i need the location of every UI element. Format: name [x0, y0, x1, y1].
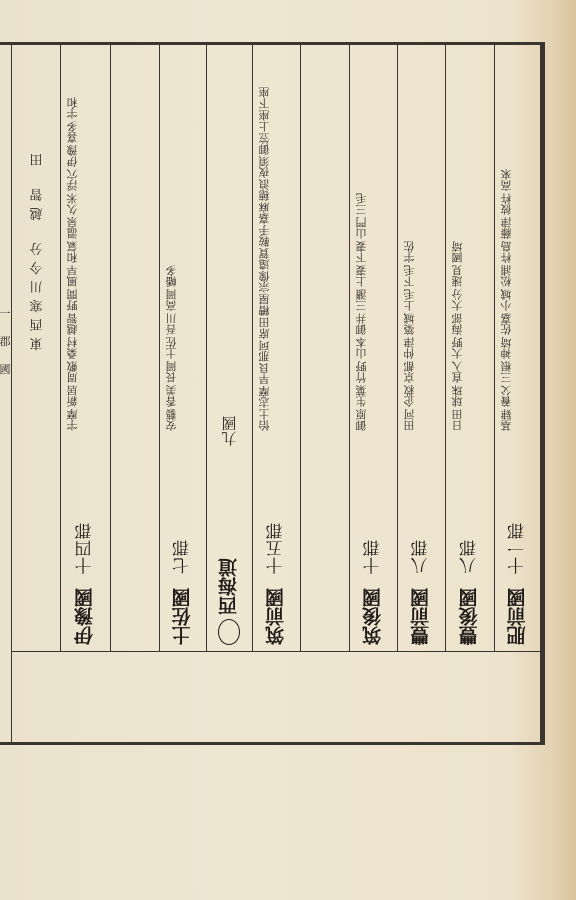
district-name: 安藝 — [164, 409, 180, 431]
district-name: 香美 — [164, 385, 180, 407]
district-name: 杵島 — [499, 241, 515, 263]
district-name: 高岡 — [164, 289, 180, 311]
district-name: 高來 — [499, 169, 515, 191]
district-name: 桑村 — [65, 337, 81, 359]
district-count: 八郡 — [411, 540, 433, 574]
district-name: 和氣 — [65, 241, 81, 263]
district-name: 志摩 — [257, 386, 273, 408]
province-name: 伊豫國 — [75, 588, 96, 645]
district-name: 御原 — [354, 409, 370, 431]
district-name: 速見 — [450, 265, 466, 287]
district-list: 宇摩 新居 周敷 桑村 越智 野間 風早 和氣 溫泉 久米 浮穴 伊豫 喜多 宇… — [61, 50, 110, 431]
district-name: 企救 — [402, 385, 418, 407]
district-name: 鞍手 — [257, 225, 273, 247]
district-name: 藤津 — [499, 217, 515, 239]
district-name: 松浦 — [499, 265, 515, 287]
district-name: 三毛 — [354, 193, 370, 215]
district-count: 七郡 — [172, 540, 194, 574]
district-name: 竹野 — [354, 361, 370, 383]
district-name: 下座 — [257, 87, 273, 109]
district-name: 遠賀 — [257, 248, 273, 270]
district-list: 日田 球珠 直入 大野 海部 大分 速見 國埼 — [446, 50, 494, 431]
district-name: 那珂 — [257, 340, 273, 362]
district-name: 野間 — [65, 289, 81, 311]
district-name: 久米 — [65, 193, 81, 215]
district-name: 彼杵 — [499, 193, 515, 215]
district-name: 宇和 — [65, 97, 81, 119]
district-name: 怡土 — [257, 409, 273, 431]
district-name: 佐嘉 — [499, 313, 515, 335]
province-column-chikugo: 筑後國 十郡 御原 生葉 竹野 山本 御井 三潴 上妻 下妻 山門 三毛 — [350, 44, 397, 651]
district-count: 十四郡 — [75, 523, 97, 574]
district-name: 溫泉 — [65, 217, 81, 239]
district-name: 上妻 — [354, 265, 370, 287]
province-name: 筑後國 — [363, 588, 384, 645]
district-name: 浮穴 — [65, 169, 81, 191]
district-name: 席田 — [257, 317, 273, 339]
circle-mark-icon — [219, 619, 241, 645]
district-name: 御井 — [354, 313, 370, 335]
district-name: 周敷 — [65, 361, 81, 383]
district-name: 大分 — [450, 289, 466, 311]
province-name: 豐前國 — [411, 588, 432, 645]
circuit-name: 西海道 — [219, 558, 240, 615]
district-name: 海部 — [450, 313, 466, 335]
district-name: 上座 — [257, 110, 273, 132]
province-name: 豐後國 — [460, 588, 481, 645]
circuit-note: 九國 — [221, 416, 239, 446]
district-name: 基肄 — [499, 409, 515, 431]
district-name: 神埼 — [499, 337, 515, 359]
district-name: 下妻 — [354, 241, 370, 263]
district-name: 新居 — [65, 385, 81, 407]
district-name: 京都 — [402, 361, 418, 383]
district-count: 十郡 — [363, 540, 385, 574]
province-column-iyo: 伊豫國 十四郡 宇摩 新居 周敷 桑村 越智 野間 風早 和氣 溫泉 久米 浮穴… — [61, 44, 110, 651]
district-name: 御笠 — [257, 133, 273, 155]
province-column-bungo: 豐後國 八郡 日田 球珠 直入 大野 海部 大分 速見 國埼 — [446, 44, 494, 651]
district-name: 球珠 — [450, 385, 466, 407]
province-name: 土佐國 — [173, 588, 194, 645]
province-column-hizen: 肥前國 十一郡 基肄 養父 三根 神埼 佐嘉 小城 松浦 杵島 藤津 彼杵 高來 — [495, 44, 541, 651]
district-list: 御原 生葉 竹野 山本 御井 三潴 上妻 下妻 山門 三毛 — [350, 50, 397, 431]
district-name: 長岡 — [164, 361, 180, 383]
district-count: 十一郡 — [507, 523, 529, 574]
district-name: 夜須 — [257, 156, 273, 178]
district-list: 田河 企救 京都 仲津 築城 上毛 下毛 宇佐 — [398, 50, 445, 431]
district-name: 早良 — [257, 363, 273, 385]
district-name: 越智 — [65, 313, 81, 335]
district-name: 仲津 — [402, 337, 418, 359]
district-count: 十五郡 — [266, 523, 288, 574]
district-name: 穂浪 — [257, 179, 273, 201]
district-list: 安藝 香美 長岡 土佐 吾川 高岡 幡多 — [160, 50, 206, 431]
district-name: 下毛 — [402, 265, 418, 287]
district-name: 築城 — [402, 313, 418, 335]
district-name: 喜多 — [65, 121, 81, 143]
district-list: 怡土 志摩 早良 那珂 席田 糟屋 宗像 遠賀 鞍手 嘉麻 穂浪 夜須 御笠 上… — [253, 50, 300, 431]
district-name: 幡多 — [164, 265, 180, 287]
province-continuation-column — [111, 44, 159, 651]
district-name: 大野 — [450, 337, 466, 359]
district-name: 山門 — [354, 217, 370, 239]
bottom-band-rule — [11, 651, 541, 652]
district-name: 直入 — [450, 361, 466, 383]
circuit-heading-column: 西海道 九國 — [207, 44, 252, 651]
district-name: 上毛 — [402, 289, 418, 311]
district-name: 宇摩 — [65, 409, 81, 431]
district-name: 生葉 — [354, 385, 370, 407]
district-name: 三根 — [499, 361, 515, 383]
province-column-chikuzen: 筑前國 十五郡 怡土 志摩 早良 那珂 席田 糟屋 宗像 遠賀 鞍手 嘉麻 穂浪… — [253, 44, 300, 651]
district-name: 宇佐 — [402, 241, 418, 263]
district-name: 國埼 — [450, 241, 466, 263]
district-name: 嘉麻 — [257, 202, 273, 224]
district-name: 糟屋 — [257, 294, 273, 316]
province-column-tosa: 土佐國 七郡 安藝 香美 長岡 土佐 吾川 高岡 幡多 — [160, 44, 206, 651]
district-name: 風早 — [65, 265, 81, 287]
district-name: 田河 — [402, 409, 418, 431]
province-name: 肥前國 — [508, 588, 529, 645]
district-name: 三潴 — [354, 289, 370, 311]
district-name: 日田 — [450, 409, 466, 431]
district-name: 小城 — [499, 289, 515, 311]
province-column-buzen: 豐前國 八郡 田河 企救 京都 仲津 築城 上毛 下毛 宇佐 — [398, 44, 445, 651]
district-count: 八郡 — [459, 540, 481, 574]
district-name: 土佐 — [164, 337, 180, 359]
district-list: 基肄 養父 三根 神埼 佐嘉 小城 松浦 杵島 藤津 彼杵 高來 — [495, 50, 541, 431]
district-name: 伊豫 — [65, 145, 81, 167]
district-name: 山本 — [354, 337, 370, 359]
province-table: 伊豫國 十四郡 宇摩 新居 周敷 桑村 越智 野間 風早 和氣 溫泉 久米 浮穴… — [0, 44, 541, 651]
district-name: 養父 — [499, 385, 515, 407]
province-name: 筑前國 — [266, 588, 287, 645]
district-name: 吾川 — [164, 313, 180, 335]
district-name: 宗像 — [257, 271, 273, 293]
